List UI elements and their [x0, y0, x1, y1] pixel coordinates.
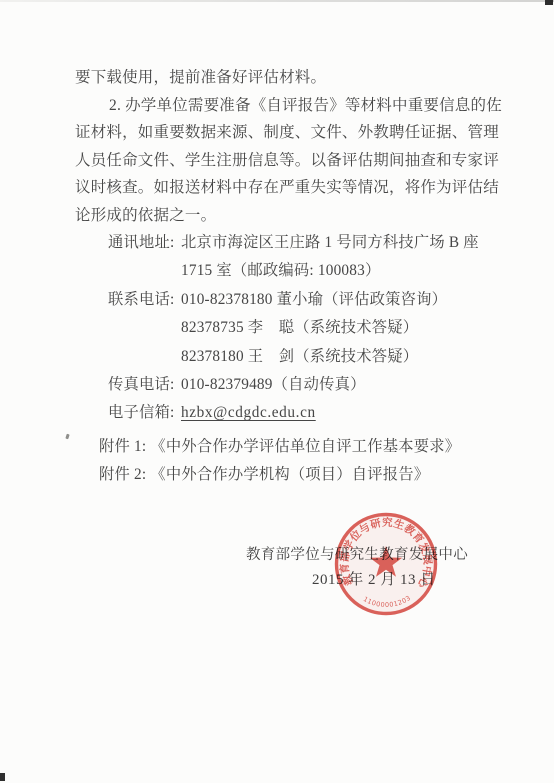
body-line: 议时核查。如报送材料中存在严重失实等情况，将作为评估结: [75, 174, 485, 202]
contact-value-phone-2: 82378735 李 聪（系统技术答疑）: [181, 314, 418, 342]
scan-artifact-speck: [65, 434, 69, 440]
contact-row-phone: 联系电话: 010-82378180 董小瑜（评估政策咨询）: [108, 286, 479, 314]
attachment-line-2: 附件 2: 《中外合作办学机构（项目）自评报告》: [99, 461, 460, 489]
contact-label: [108, 343, 181, 371]
contact-block: 通讯地址: 北京市海淀区王庄路 1 号同方科技广场 B 座 1715 室（邮政编…: [108, 229, 479, 428]
contact-row-address-cont: 1715 室（邮政编码: 100083）: [108, 257, 479, 285]
contact-label: 电子信箱:: [108, 399, 181, 427]
email-address: hzbx@cdgdc.edu.cn: [181, 399, 316, 427]
contact-value-address: 北京市海淀区王庄路 1 号同方科技广场 B 座: [181, 229, 479, 257]
contact-value-fax: 010-82379489（自动传真）: [181, 371, 366, 399]
contact-label: 传真电话:: [108, 371, 181, 399]
contact-row-email: 电子信箱: hzbx@cdgdc.edu.cn: [108, 399, 479, 427]
scan-artifact-top-edge: [0, 0, 554, 2]
contact-label: [108, 257, 181, 285]
contact-label: 通讯地址:: [108, 229, 181, 257]
body-line: 证材料，如重要数据来源、制度、文件、外教聘任证据、管理: [75, 119, 485, 147]
contact-value-phone-3: 82378180 王 剑（系统技术答疑）: [181, 343, 418, 371]
attachments-list: 附件 1: 《中外合作办学评估单位自评工作基本要求》 附件 2: 《中外合作办学…: [99, 433, 460, 490]
body-line: 要下载使用，提前准备好评估材料。: [75, 64, 485, 92]
contact-label: [108, 314, 181, 342]
official-seal-graphic: 教育部学位与研究生教育发展中心 1100000120340: [334, 512, 438, 616]
body-line: 2. 办学单位需要准备《自评报告》等材料中重要信息的佐: [75, 92, 485, 120]
scan-artifact-corner-top-right: [545, 0, 553, 5]
body-line: 论形成的依据之一。: [75, 202, 485, 230]
scan-artifact-corner-bottom-left: [0, 773, 5, 781]
contact-value-phone-1: 010-82378180 董小瑜（评估政策咨询）: [181, 286, 447, 314]
body-paragraphs: 要下载使用，提前准备好评估材料。 2. 办学单位需要准备《自评报告》等材料中重要…: [75, 64, 485, 230]
contact-row-address: 通讯地址: 北京市海淀区王庄路 1 号同方科技广场 B 座: [108, 229, 479, 257]
scanned-letter-page: 要下载使用，提前准备好评估材料。 2. 办学单位需要准备《自评报告》等材料中重要…: [0, 0, 554, 783]
body-line: 人员任命文件、学生注册信息等。以备评估期间抽查和专家评: [75, 147, 485, 175]
contact-row-phone-cont: 82378735 李 聪（系统技术答疑）: [108, 314, 479, 342]
contact-value-address-cont: 1715 室（邮政编码: 100083）: [181, 257, 380, 285]
attachment-line-1: 附件 1: 《中外合作办学评估单位自评工作基本要求》: [99, 433, 460, 461]
contact-label: 联系电话:: [108, 286, 181, 314]
official-seal: 教育部学位与研究生教育发展中心 1100000120340: [334, 512, 438, 616]
contact-row-phone-cont: 82378180 王 剑（系统技术答疑）: [108, 343, 479, 371]
contact-row-fax: 传真电话: 010-82379489（自动传真）: [108, 371, 479, 399]
